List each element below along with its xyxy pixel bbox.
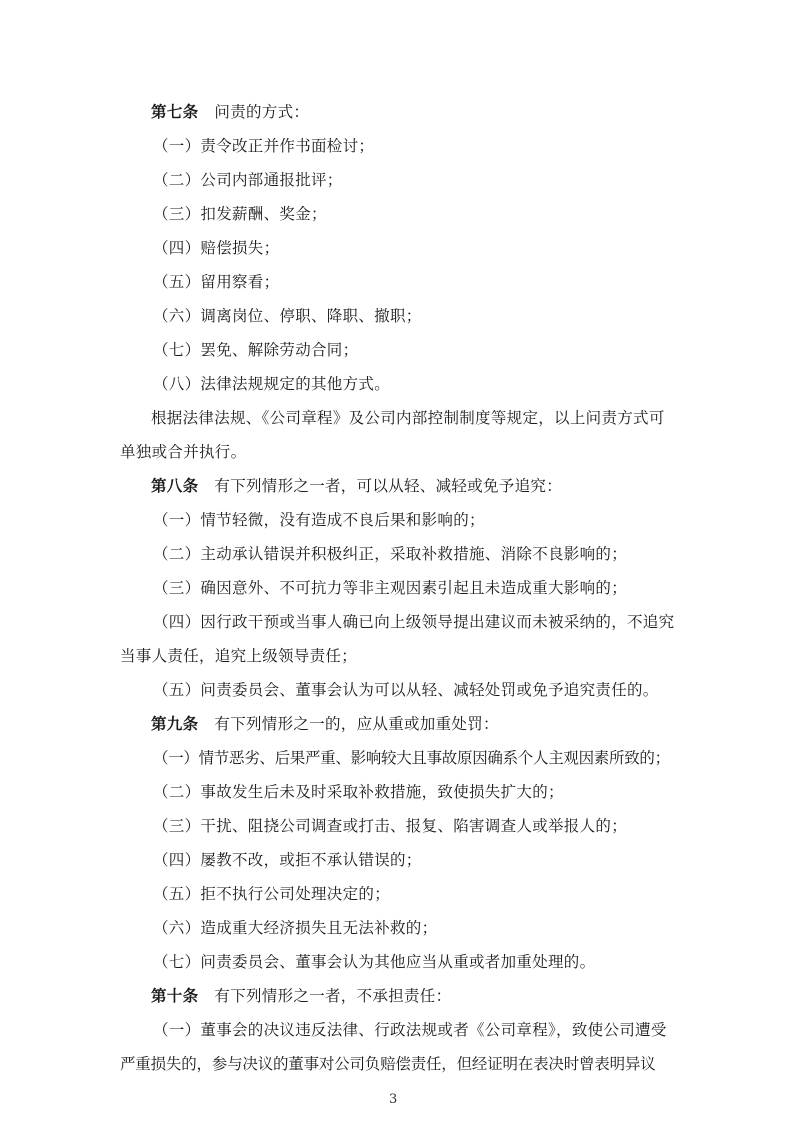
article-8-label: 第八条 <box>151 477 198 495</box>
list-item: （五）拒不执行公司处理决定的； <box>153 884 390 904</box>
paragraph-text: 根据法律法规、《公司章程》及公司内部控制制度等规定，以上问责方式可 <box>151 408 665 428</box>
list-item: （六）造成重大经济损失且无法补救的； <box>153 918 437 938</box>
list-item: （二）事故发生后未及时采取补救措施，致使损失扩大的； <box>153 782 564 802</box>
list-item: （二）公司内部通报批评； <box>153 170 343 190</box>
list-item: （三）干扰、阻挠公司调查或打击、报复、陷害调查人或举报人的； <box>153 816 627 836</box>
list-item: （一）董事会的决议违反法律、行政法规或者《公司章程》，致使公司遭受 <box>153 1020 667 1040</box>
list-item: （三）确因意外、不可抗力等非主观因素引起且未造成重大影响的； <box>153 578 627 598</box>
article-7-title: 问责的方式： <box>214 103 309 121</box>
list-item: 严重损失的，参与决议的董事对公司负赔偿责任，但经证明在表决时曾表明异议 <box>120 1054 656 1074</box>
document-page: 第七条问责的方式： （一）责令改正并作书面检讨； （二）公司内部通报批评； （三… <box>0 0 793 1122</box>
article-9-label: 第九条 <box>151 715 198 733</box>
list-item: 当事人责任，追究上级领导责任； <box>120 646 357 666</box>
article-9-heading: 第九条有下列情形之一的，应从重或加重处罚： <box>151 714 499 734</box>
article-10-label: 第十条 <box>151 987 198 1005</box>
list-item: （一）责令改正并作书面检讨； <box>153 136 374 156</box>
article-8-heading: 第八条有下列情形之一者，可以从轻、减轻或免予追究： <box>151 476 562 496</box>
list-item: （四）因行政干预或当事人确已向上级领导提出建议而未被采纳的，不追究 <box>153 612 674 632</box>
list-item: （三）扣发薪酬、奖金； <box>153 204 327 224</box>
list-item: （七）问责委员会、董事会认为其他应当从重或者加重处理的。 <box>153 952 595 972</box>
list-item: （五）问责委员会、董事会认为可以从轻、减轻处罚或免予追究责任的。 <box>153 680 659 700</box>
list-item: （一）情节轻微，没有造成不良后果和影响的； <box>153 510 485 530</box>
article-10-title: 有下列情形之一者，不承担责任： <box>214 987 451 1005</box>
article-10-heading: 第十条有下列情形之一者，不承担责任： <box>151 986 451 1006</box>
paragraph-text: 单独或合并执行。 <box>120 442 246 462</box>
list-item: （七）罢免、解除劳动合同； <box>153 340 358 360</box>
article-7-label: 第七条 <box>151 103 198 121</box>
list-item: （一）情节恶劣、后果严重、影响较大且事故原因确系个人主观因素所致的； <box>153 748 670 768</box>
article-9-title: 有下列情形之一的，应从重或加重处罚： <box>214 715 498 733</box>
list-item: （八）法律法规规定的其他方式。 <box>153 374 390 394</box>
list-item: （五）留用察看； <box>153 272 279 292</box>
list-item: （四）赔偿损失； <box>153 238 279 258</box>
article-8-title: 有下列情形之一者，可以从轻、减轻或免予追究： <box>214 477 562 495</box>
list-item: （二）主动承认错误并积极纠正，采取补救措施、消除不良影响的； <box>153 544 627 564</box>
list-item: （四）屡教不改，或拒不承认错误的； <box>153 850 422 870</box>
page-number: 3 <box>389 1092 397 1107</box>
list-item: （六）调离岗位、停职、降职、撤职； <box>153 306 422 326</box>
article-7-heading: 第七条问责的方式： <box>151 102 309 122</box>
